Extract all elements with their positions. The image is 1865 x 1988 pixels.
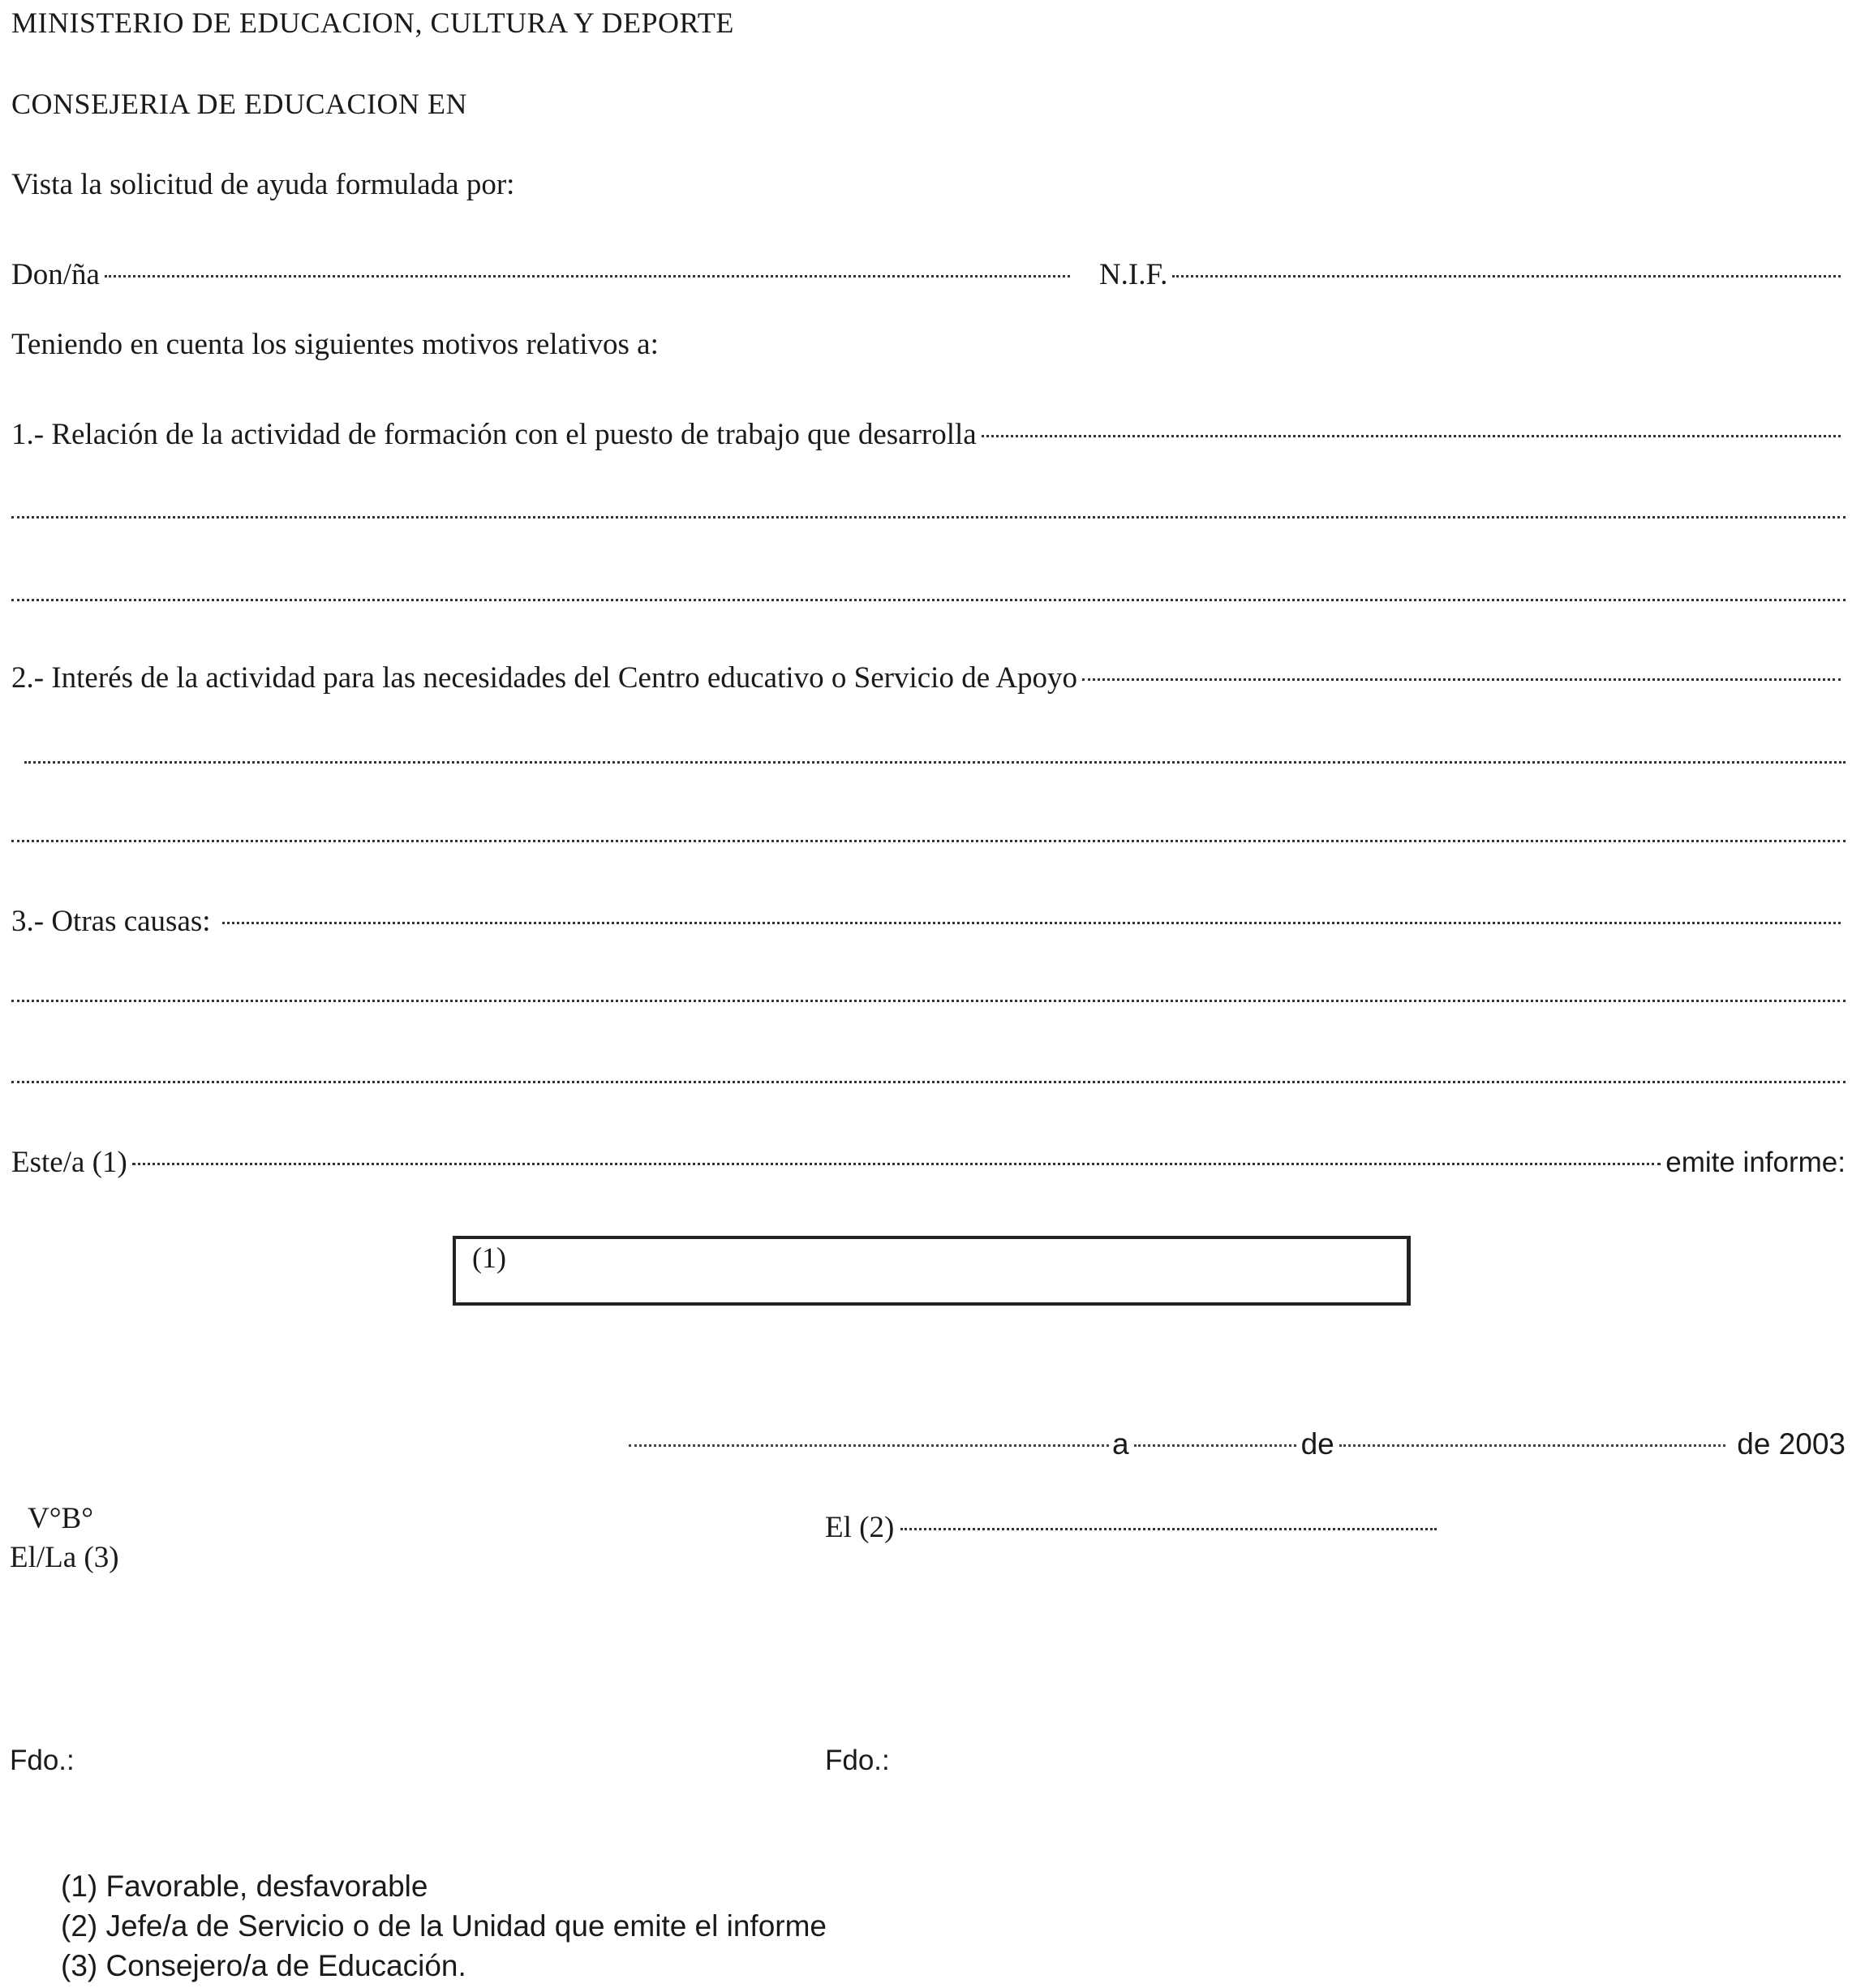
name-label: Don/ña bbox=[11, 257, 100, 293]
report-issuer-field[interactable] bbox=[132, 1136, 1661, 1172]
date-de-label: de bbox=[1301, 1426, 1334, 1462]
date-line: a de de 2003 bbox=[629, 1418, 1846, 1462]
applicant-row: Don/ña N.I.F. bbox=[11, 248, 1846, 293]
date-a-label: a bbox=[1112, 1426, 1129, 1462]
intro-label: Vista la solicitud de ayuda formulada po… bbox=[11, 167, 514, 203]
ministry-heading: MINISTERIO DE EDUCACION, CULTURA Y DEPOR… bbox=[11, 5, 1846, 41]
report-suffix: emite informe: bbox=[1665, 1145, 1846, 1181]
report-prefix: Este/a (1) bbox=[11, 1145, 127, 1181]
day-field[interactable] bbox=[1134, 1418, 1296, 1454]
intro-text: Vista la solicitud de ayuda formulada po… bbox=[11, 167, 1846, 203]
verdict-box-label: (1) bbox=[472, 1241, 506, 1275]
motive-3-label: 3.- Otras causas: bbox=[11, 904, 211, 940]
motive-1-continuation-line-2[interactable] bbox=[11, 596, 1846, 601]
place-field[interactable] bbox=[629, 1418, 1109, 1454]
motive-1-continuation-line-1[interactable] bbox=[11, 513, 1846, 519]
motives-intro-label: Teniendo en cuenta los siguientes motivo… bbox=[11, 327, 659, 363]
date-year-label: de 2003 bbox=[1737, 1426, 1846, 1462]
department-heading: CONSEJERIA DE EDUCACION EN bbox=[11, 86, 1846, 122]
approval-label: V°B° bbox=[28, 1501, 93, 1537]
motive-3-row: 3.- Otras causas: bbox=[11, 895, 1846, 940]
motive-1-field[interactable] bbox=[982, 408, 1841, 444]
motive-3-field[interactable] bbox=[222, 895, 1841, 931]
left-signer-role: El/La (3) bbox=[10, 1540, 119, 1576]
name-field[interactable] bbox=[105, 248, 1070, 284]
right-signer-field[interactable] bbox=[900, 1501, 1437, 1537]
right-signature-label: Fdo.: bbox=[825, 1743, 890, 1779]
ministry-title: MINISTERIO DE EDUCACION, CULTURA Y DEPOR… bbox=[11, 5, 734, 41]
report-row: Este/a (1) emite informe: bbox=[11, 1136, 1846, 1181]
footnote-3: (3) Consejero/a de Educación. bbox=[61, 1946, 827, 1986]
nif-field[interactable] bbox=[1172, 248, 1841, 284]
left-signature-label: Fdo.: bbox=[10, 1743, 75, 1779]
motive-1-label: 1.- Relación de la actividad de formació… bbox=[11, 417, 977, 453]
nif-label: N.I.F. bbox=[1099, 257, 1167, 293]
department-title: CONSEJERIA DE EDUCACION EN bbox=[11, 86, 467, 122]
right-signer-row: El (2) bbox=[825, 1501, 1442, 1546]
month-field[interactable] bbox=[1339, 1418, 1726, 1454]
motive-2-row: 2.- Interés de la actividad para las nec… bbox=[11, 652, 1846, 696]
footnote-2: (2) Jefe/a de Servicio o de la Unidad qu… bbox=[61, 1906, 827, 1946]
motive-3-continuation-line-1[interactable] bbox=[11, 996, 1846, 1002]
verdict-box[interactable]: (1) bbox=[453, 1236, 1411, 1306]
motive-2-continuation-line-1[interactable] bbox=[24, 758, 1846, 764]
motive-2-label: 2.- Interés de la actividad para las nec… bbox=[11, 661, 1077, 696]
footnote-1: (1) Favorable, desfavorable bbox=[61, 1866, 827, 1906]
footnotes: (1) Favorable, desfavorable (2) Jefe/a d… bbox=[61, 1866, 827, 1986]
motive-2-field[interactable] bbox=[1082, 652, 1841, 687]
right-signer-role: El (2) bbox=[825, 1510, 894, 1546]
motives-intro: Teniendo en cuenta los siguientes motivo… bbox=[11, 327, 1846, 363]
motive-2-continuation-line-2[interactable] bbox=[11, 837, 1846, 842]
motive-3-continuation-line-2[interactable] bbox=[11, 1078, 1846, 1083]
motive-1-row: 1.- Relación de la actividad de formació… bbox=[11, 408, 1846, 453]
